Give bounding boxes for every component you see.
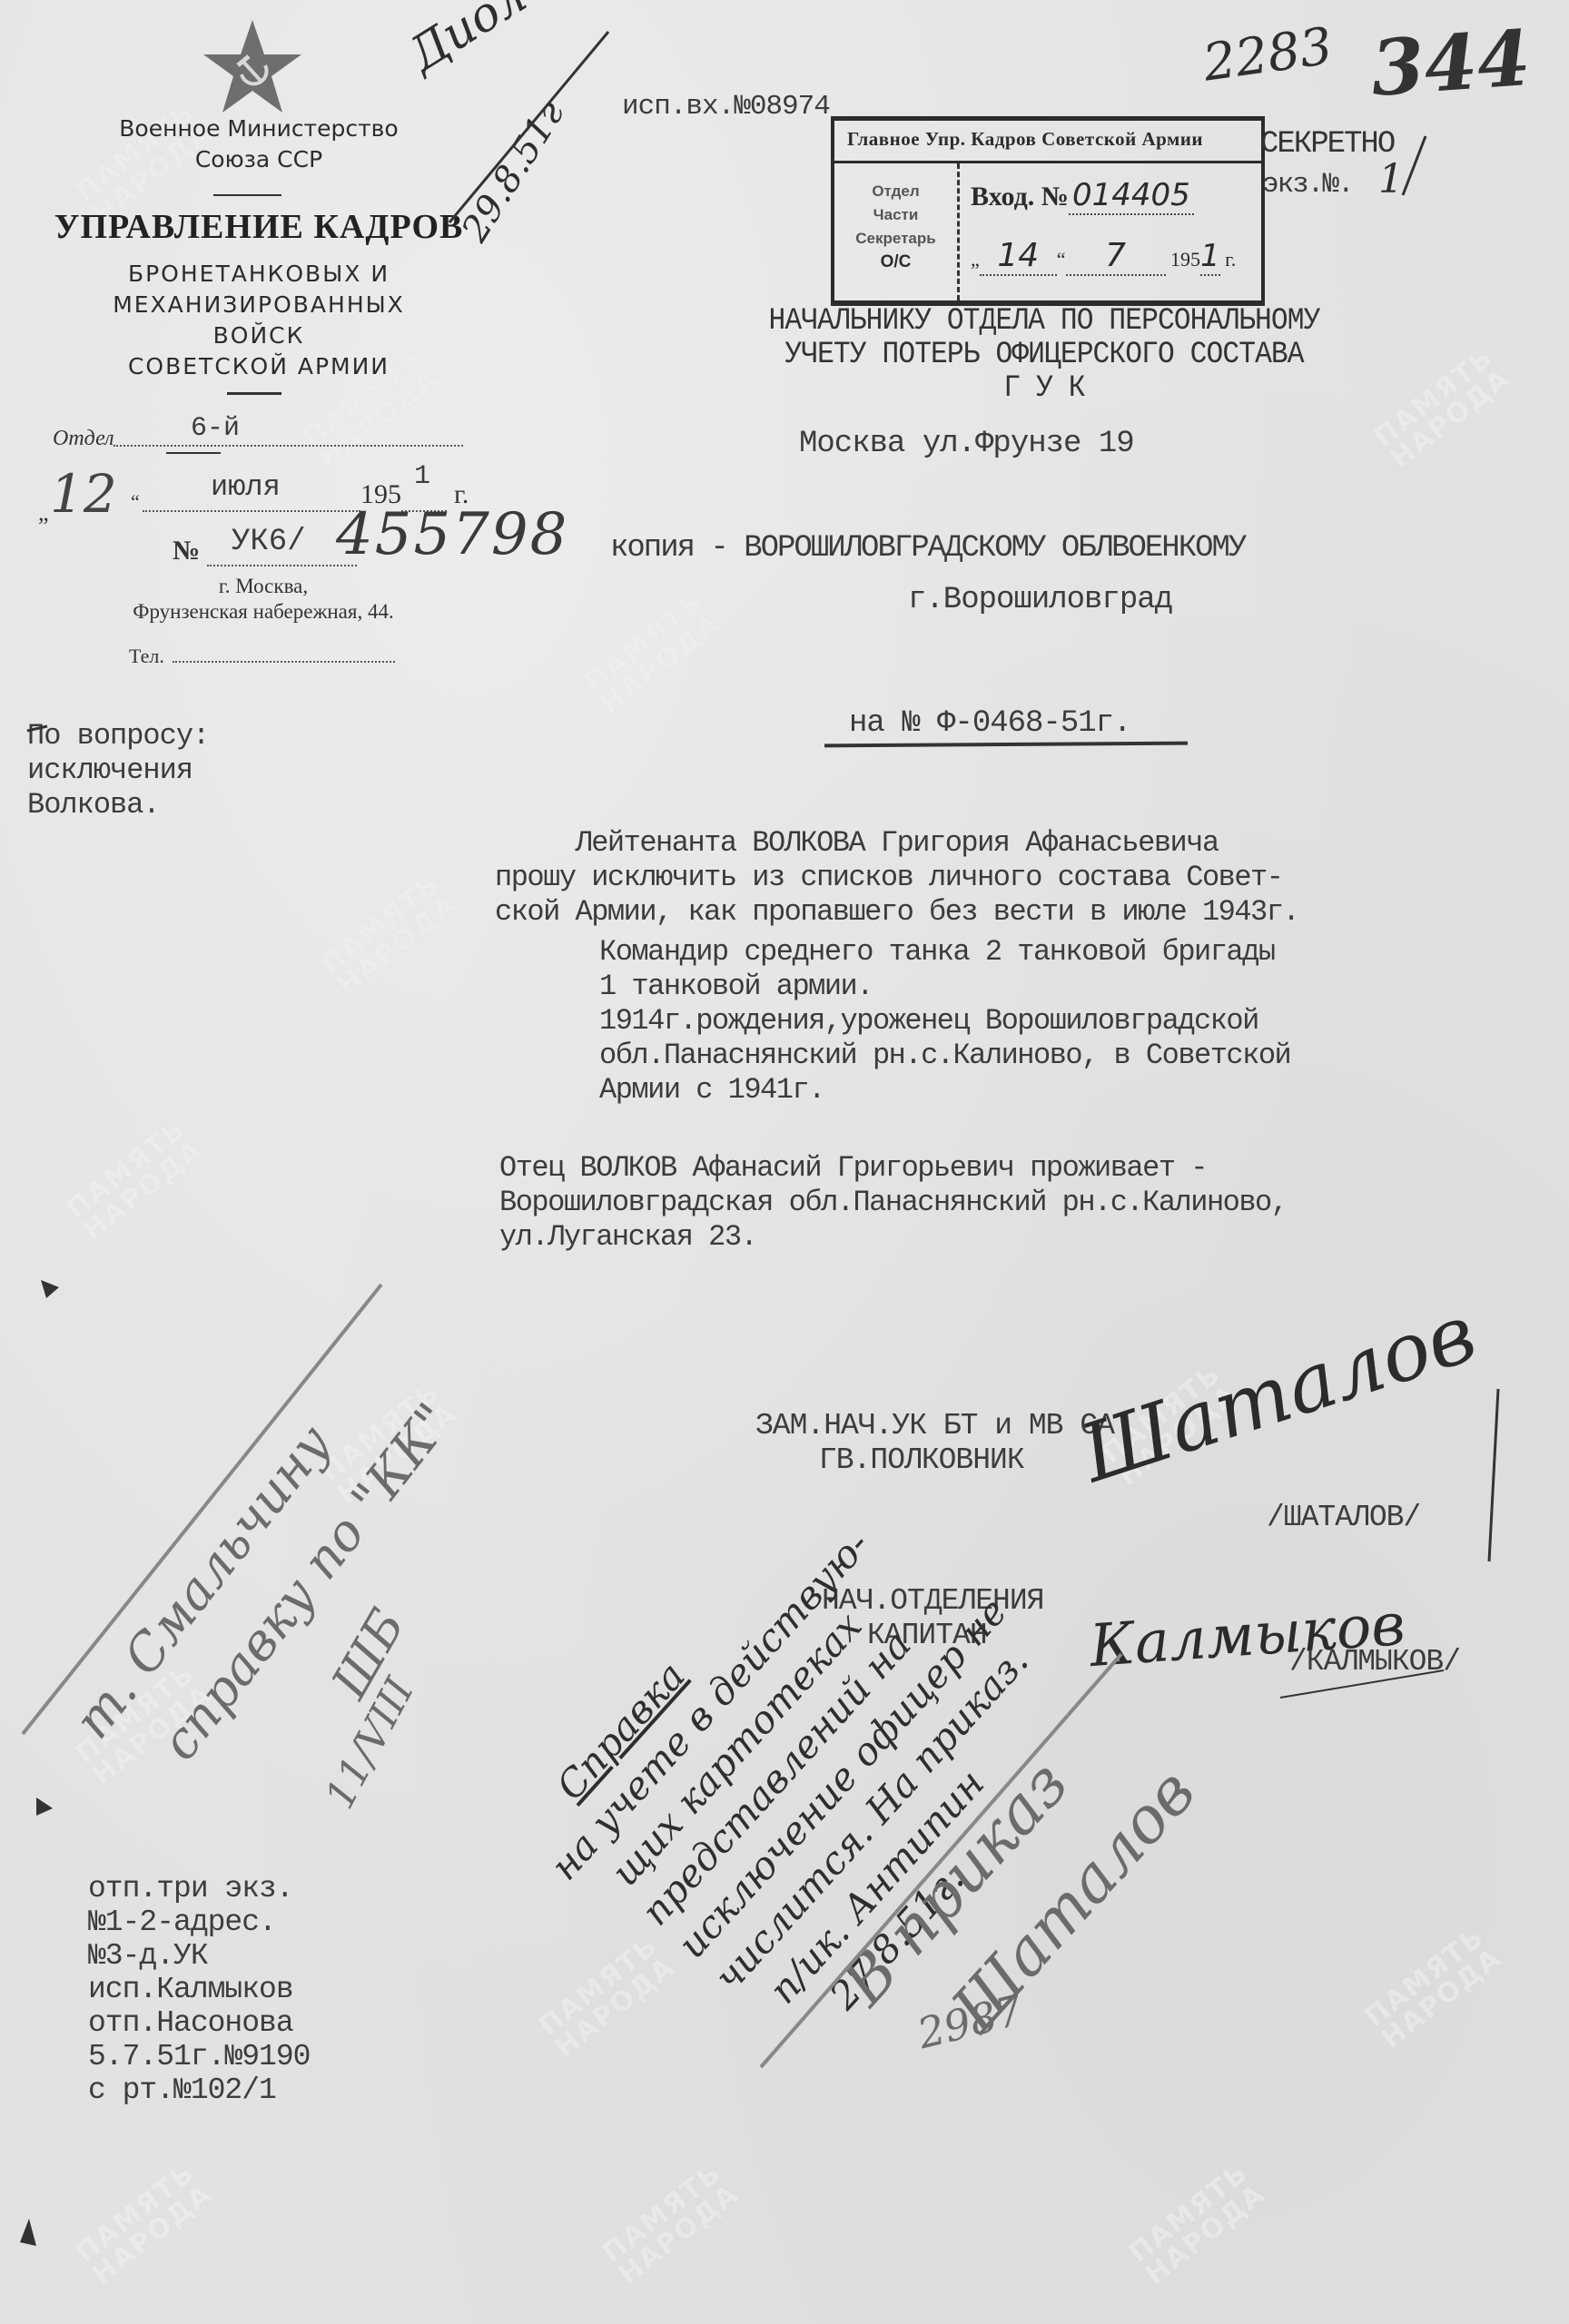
department-name: БРОНЕТАНКОВЫХ И МЕХАНИЗИРОВАННЫХ ВОЙСК С… <box>77 259 440 382</box>
copy-addressee: копия - ВОРОШИЛОВГРАДСКОМУ ОБЛВОЕНКОМУ <box>610 531 1245 566</box>
archive-page-number: 344 <box>1368 13 1534 113</box>
sender-address: г. Москва, Фрунзенская набережная, 44. <box>91 574 436 625</box>
date-year-suffix: 1 <box>414 461 430 492</box>
classification-label: СЕКРЕТНО <box>1260 127 1394 162</box>
otdel-value: 6-й <box>191 413 240 444</box>
signatory-1-title: ЗАМ.НАЧ.УК БТ и МВ СА ГВ.ПОЛКОВНИК <box>755 1409 1114 1478</box>
number-handwritten: 455798 <box>336 501 568 568</box>
quote-mark: „ <box>38 499 49 527</box>
date-month: июля <box>211 470 281 504</box>
divider <box>166 452 221 454</box>
signatory-1-name: /ШАТАЛОВ/ <box>1267 1501 1420 1534</box>
stamp-header: Главное Упр. Кадров Советской Армии <box>834 121 1261 163</box>
red-star-hammer-sickle-icon <box>202 18 303 116</box>
subject: По вопросу: исключения Волкова. <box>27 719 209 822</box>
copy-city: г.Ворошиловград <box>908 583 1172 617</box>
divider <box>213 194 281 196</box>
stamp-left-column: Отдел Части Секретарь О/С <box>834 163 960 300</box>
number-label: № <box>173 536 200 566</box>
tel-field <box>173 661 395 663</box>
copy-label: экз.№. <box>1262 169 1353 201</box>
body-paragraph-3: Отец ВОЛКОВ Афанасий Григорьевич прожива… <box>499 1151 1287 1255</box>
stamp-date: „14“7 1951 г. <box>971 237 1243 276</box>
body-paragraph-1: Лейтенанта ВОЛКОВА Григория Афанасьевича… <box>495 826 1298 930</box>
stamp-entry-number: Вход. №014405 <box>971 177 1194 213</box>
date-month-field <box>143 510 360 512</box>
letterhead-title: УПРАВЛЕНИЕ КАДРОВ <box>41 207 477 247</box>
divider <box>227 392 281 395</box>
reference-number: на № Ф-0468-51г. <box>849 706 1130 741</box>
addressee-address: Москва ул.Фрунзе 19 <box>799 427 1134 461</box>
tel-label: Тел. <box>129 645 164 668</box>
date-day-handwritten: 12 <box>50 463 117 525</box>
otdel-label: Отдел <box>53 427 114 451</box>
isp-vx-number: исп.вх.№08974 <box>622 91 830 123</box>
quote-mark: “ <box>131 490 140 514</box>
ministry-name: Военное Министерство Союза ССР <box>91 113 427 175</box>
body-paragraph-2: Командир среднего танка 2 танковой брига… <box>599 935 1290 1108</box>
addressee: НАЧАЛЬНИКУ ОТДЕЛА ПО ПЕРСОНАЛЬНОМУ УЧЕТУ… <box>601 305 1486 406</box>
copy-number: 1 <box>1378 156 1404 202</box>
incoming-stamp: Главное Упр. Кадров Советской Армии Отде… <box>831 116 1265 306</box>
number-field <box>207 565 357 566</box>
number-typed: УК6/ <box>232 525 306 559</box>
distribution-list: отп.три экз. №1-2-адрес. №3-д.УК исп.Кал… <box>88 1872 310 2107</box>
otdel-field <box>113 445 463 447</box>
